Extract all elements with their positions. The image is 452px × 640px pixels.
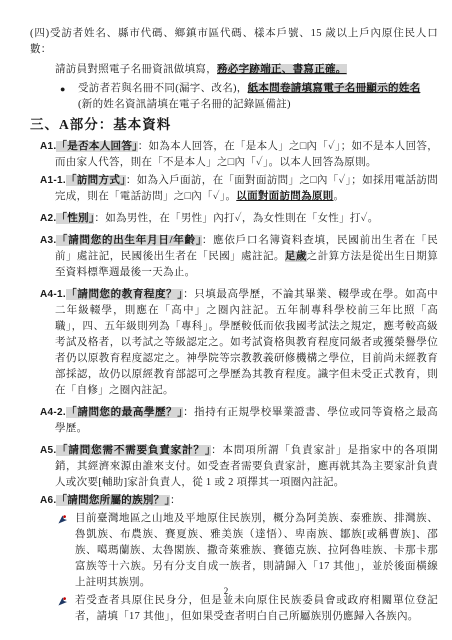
list-item: 目前臺灣地區之山地及平地原住民族別，概分為阿美族、泰雅族、排灣族、魯凱族、布農族… bbox=[58, 511, 438, 591]
item-a1-id: A1. bbox=[40, 141, 56, 152]
item-a3-term: 「請問您的出生年月日/年齡」 bbox=[56, 235, 201, 246]
item-a3-highlight: 足歲 bbox=[285, 251, 307, 262]
intro-bullet-line: 受訪者若與名冊不同(漏字、改名)，紙本問卷請填寫電子名冊顯示的姓名 bbox=[78, 81, 420, 97]
intro-bullet-highlight: 紙本問卷請填寫電子名冊顯示的姓名 bbox=[248, 83, 421, 94]
item-a5-term: 「請問您需不需要負責家計？」 bbox=[56, 445, 211, 456]
document-page: (四)受訪者姓名、縣市代碼、鄉鎮市區代碼、樣本戶號、15 歲以上戶內原住民人口數… bbox=[0, 0, 452, 640]
list-item-text: 目前臺灣地區之山地及平地原住民族別，概分為阿美族、泰雅族、排灣族、魯凱族、布農族… bbox=[75, 511, 438, 591]
item-a3: A3.「請問您的出生年月日/年齡」：應依戶口名簿資料查填，民國前出生者在「民前」… bbox=[55, 233, 438, 281]
item-a4-2-term: 「請問您的最高學歷？」 bbox=[66, 407, 183, 418]
item-a1-1-sep: ： bbox=[126, 175, 137, 186]
section-title: 三、A部分：基本資料 bbox=[30, 117, 438, 133]
item-a6-sep: ： bbox=[170, 495, 181, 506]
item-a3-id: A3. bbox=[40, 235, 56, 246]
item-a2-body: 如為男性，在「男性」內打✓，為女性則在「女性」打✓。 bbox=[105, 213, 378, 224]
item-a6: A6.「請問您所屬的族別？」： bbox=[55, 493, 438, 509]
item-a4-1-term: 「請問您的教育程度？」 bbox=[66, 289, 183, 300]
item-a4-2-id: A4-2. bbox=[40, 407, 66, 418]
item-a5: A5.「請問您需不需要負責家計？」：本問項所謂「負責家計」是指家中的各項開銷，其… bbox=[55, 443, 438, 491]
item-a2-id: A2. bbox=[40, 213, 56, 224]
item-a2-sep: ： bbox=[94, 213, 105, 224]
item-a4-1-id: A4-1. bbox=[40, 289, 66, 300]
intro-subnote-text: (新的姓名資訊請填在電子名冊的記錄區備註) bbox=[78, 99, 291, 110]
item-a1-1-emph: 以面對面訪問為原則 bbox=[236, 191, 333, 202]
intro-item-4-text: (四)受訪者姓名、縣市代碼、鄉鎮市區代碼、樣本戶號、15 歲以上戶內原住民人口數… bbox=[30, 28, 438, 55]
item-a4-2: A4-2.「請問您的最高學歷？」：指持有正規學校畢業證書、學位或同等資格之最高學… bbox=[55, 405, 438, 437]
item-a3-sep: ： bbox=[202, 235, 213, 246]
item-a2: A2.「性別」：如為男性，在「男性」內打✓，為女性則在「女性」打✓。 bbox=[55, 211, 438, 227]
item-a4-1: A4-1.「請問您的教育程度？」：只填最高學歷，不論其畢業、輟學或在學。如高中二… bbox=[55, 287, 438, 399]
item-a2-term: 「性別」 bbox=[56, 213, 94, 224]
item-a5-id: A5. bbox=[40, 445, 56, 456]
item-a6-bullets: 目前臺灣地區之山地及平地原住民族別，概分為阿美族、泰雅族、排灣族、魯凱族、布農族… bbox=[58, 511, 438, 625]
item-a1-term: 「是否本人回答」 bbox=[56, 141, 137, 152]
intro-note-prefix: 請訪員對照電子名冊資訊做填寫， bbox=[55, 64, 217, 75]
item-a1-sep: ： bbox=[138, 141, 149, 152]
item-a6-id: A6. bbox=[40, 495, 56, 506]
item-a1-1: A1-1.「訪問方式」：如為入戶面訪，在「面對面訪問」之□內「✓」；如採用電話訪… bbox=[55, 173, 438, 205]
item-a4-1-sep: ： bbox=[183, 289, 194, 300]
item-a4-2-sep: ： bbox=[183, 407, 194, 418]
intro-subnote: (新的姓名資訊請填在電子名冊的記錄區備註) bbox=[78, 97, 438, 113]
item-a1-1-id: A1-1. bbox=[40, 175, 66, 186]
intro-note: 請訪員對照電子名冊資訊做填寫，務必字跡端正、書寫正確。 bbox=[55, 62, 438, 78]
intro-bullet-prefix: 受訪者若與名冊不同(漏字、改名)， bbox=[78, 83, 248, 94]
intro-item-4: (四)受訪者姓名、縣市代碼、鄉鎮市區代碼、樣本戶號、15 歲以上戶內原住民人口數… bbox=[30, 26, 438, 58]
arrow-bullet-icon bbox=[58, 511, 75, 591]
bullet-dot-icon: ● bbox=[60, 81, 78, 97]
page-number: 2 bbox=[0, 583, 452, 599]
intro-note-highlight: 務必字跡端正、書寫正確。 bbox=[217, 64, 347, 75]
intro-bullet: ● 受訪者若與名冊不同(漏字、改名)，紙本問卷請填寫電子名冊顯示的姓名 bbox=[60, 81, 438, 97]
item-a4-1-body: 只填最高學歷，不論其畢業、輟學或在學。如高中二年級輟學，則應在「高中」之圈內註記… bbox=[55, 289, 438, 396]
item-a5-sep: ： bbox=[211, 445, 222, 456]
item-a1: A1.「是否本人回答」：如為本人回答，在「是本人」之□內「✓」；如不是本人回答，… bbox=[55, 139, 438, 171]
item-a6-term: 「請問您所屬的族別？」 bbox=[56, 495, 170, 506]
item-a1-1-term: 「訪問方式」 bbox=[66, 175, 126, 186]
item-a1-1-body2: 。 bbox=[333, 191, 344, 202]
